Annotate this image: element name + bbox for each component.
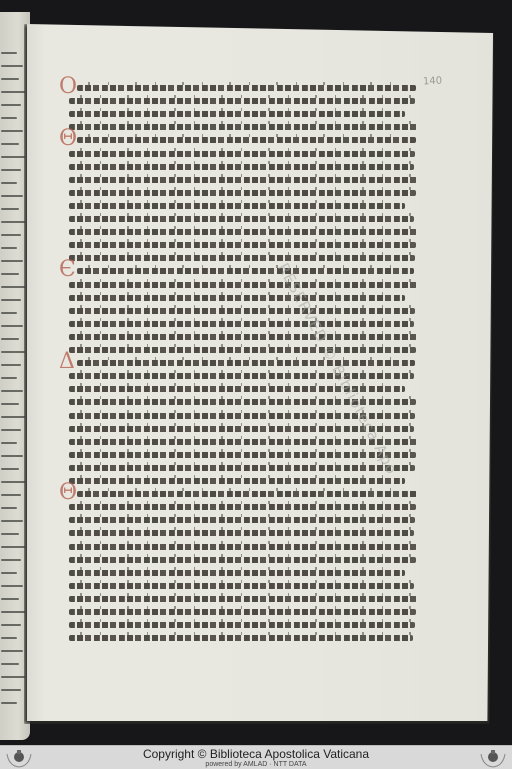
manuscript-line [69, 504, 416, 510]
manuscript-line [69, 557, 416, 563]
facing-page-line [1, 585, 23, 587]
facing-page-line [1, 377, 17, 379]
manuscript-line [69, 570, 405, 576]
manuscript-line [77, 137, 416, 143]
manuscript-line [69, 321, 414, 327]
facing-page-line [1, 130, 23, 132]
facing-page-line [1, 507, 17, 509]
manuscript-line [69, 583, 414, 589]
facing-page-line [1, 338, 19, 340]
manuscript-line [69, 111, 405, 117]
facing-page-line [1, 650, 23, 652]
manuscript-line [69, 229, 417, 235]
facing-page-line [1, 494, 21, 496]
facing-page-line [1, 455, 23, 457]
facing-page-line [1, 689, 21, 691]
manuscript-line [69, 635, 413, 641]
manuscript-line [69, 596, 417, 602]
facing-page-line [1, 520, 23, 522]
facing-page-line [1, 403, 19, 405]
manuscript-line [69, 242, 416, 248]
manuscript-line [69, 347, 416, 353]
facing-page-line [1, 260, 23, 262]
facing-page-line [1, 104, 21, 106]
manuscript-line [77, 360, 415, 366]
facing-page-line [1, 143, 19, 145]
facing-page-line [1, 364, 21, 366]
facing-page-line [1, 273, 19, 275]
manuscript-line [69, 216, 414, 222]
manuscript-line [69, 478, 405, 484]
facing-page-line [1, 481, 25, 483]
facing-page-line [1, 91, 25, 93]
facing-page-line [1, 572, 17, 574]
manuscript-line [69, 98, 415, 104]
facing-page-line [1, 559, 21, 561]
copyright-text: Copyright © Biblioteca Apostolica Vatica… [0, 747, 512, 761]
facing-page-line [1, 117, 17, 119]
facing-page-line [1, 702, 17, 704]
manuscript-line [69, 622, 415, 628]
facing-page-line [1, 52, 17, 54]
manuscript-line [69, 308, 415, 314]
facing-page-line [1, 442, 17, 444]
facing-page-line [1, 78, 19, 80]
manuscript-page: 140 OΘЄΔΘ [27, 24, 493, 721]
facing-page-line [1, 663, 19, 665]
folio-number: 140 [423, 76, 443, 88]
manuscript-line [69, 334, 417, 340]
manuscript-line [69, 255, 415, 261]
facing-page-line [1, 195, 23, 197]
facing-page-line [1, 416, 25, 418]
manuscript-line [69, 373, 414, 379]
manuscript-line [69, 177, 417, 183]
manuscript-line [77, 85, 416, 91]
facing-page-line [1, 312, 17, 314]
manuscript-line [69, 124, 417, 130]
facing-page-line [1, 598, 19, 600]
facing-page-line [1, 468, 19, 470]
manuscript-viewer[interactable]: 140 OΘЄΔΘ RESERVED © Biblioteca Apo [0, 0, 512, 745]
manuscript-line [69, 282, 417, 288]
facing-page-line [1, 390, 23, 392]
facing-page-line [1, 234, 21, 236]
footer-bar: Copyright © Biblioteca Apostolica Vatica… [0, 745, 512, 769]
facing-page-line [1, 208, 19, 210]
facing-page-line [1, 169, 21, 171]
facing-page-line [1, 533, 19, 535]
manuscript-line [69, 465, 415, 471]
manuscript-line [69, 544, 417, 550]
facing-page-line [1, 637, 17, 639]
facing-page-line [1, 624, 21, 626]
facing-page-line [1, 247, 17, 249]
facing-page-line [1, 676, 25, 678]
facing-page-line [1, 546, 25, 548]
manuscript-line [69, 295, 405, 301]
manuscript-line [69, 203, 405, 209]
facing-page-line [1, 325, 23, 327]
facing-page-line [1, 351, 25, 353]
facing-page-line [1, 156, 25, 158]
powered-by-text: powered by AMLAD · NTT DATA [0, 761, 512, 768]
facing-page-line [1, 182, 17, 184]
manuscript-line [69, 530, 414, 536]
manuscript-line [69, 164, 414, 170]
vatican-library-crest-icon [478, 748, 508, 768]
manuscript-line [69, 190, 416, 196]
manuscript-line [69, 452, 416, 458]
manuscript-line [69, 517, 415, 523]
facing-page-line [1, 299, 21, 301]
manuscript-line [69, 609, 416, 615]
facing-page-line [1, 286, 25, 288]
facing-page-line [1, 611, 25, 613]
facing-page-line [1, 65, 23, 67]
facing-page-line [1, 221, 25, 223]
manuscript-line [69, 151, 415, 157]
facing-page-line [1, 429, 21, 431]
manuscript-line [77, 268, 414, 274]
manuscript-line [77, 491, 417, 497]
